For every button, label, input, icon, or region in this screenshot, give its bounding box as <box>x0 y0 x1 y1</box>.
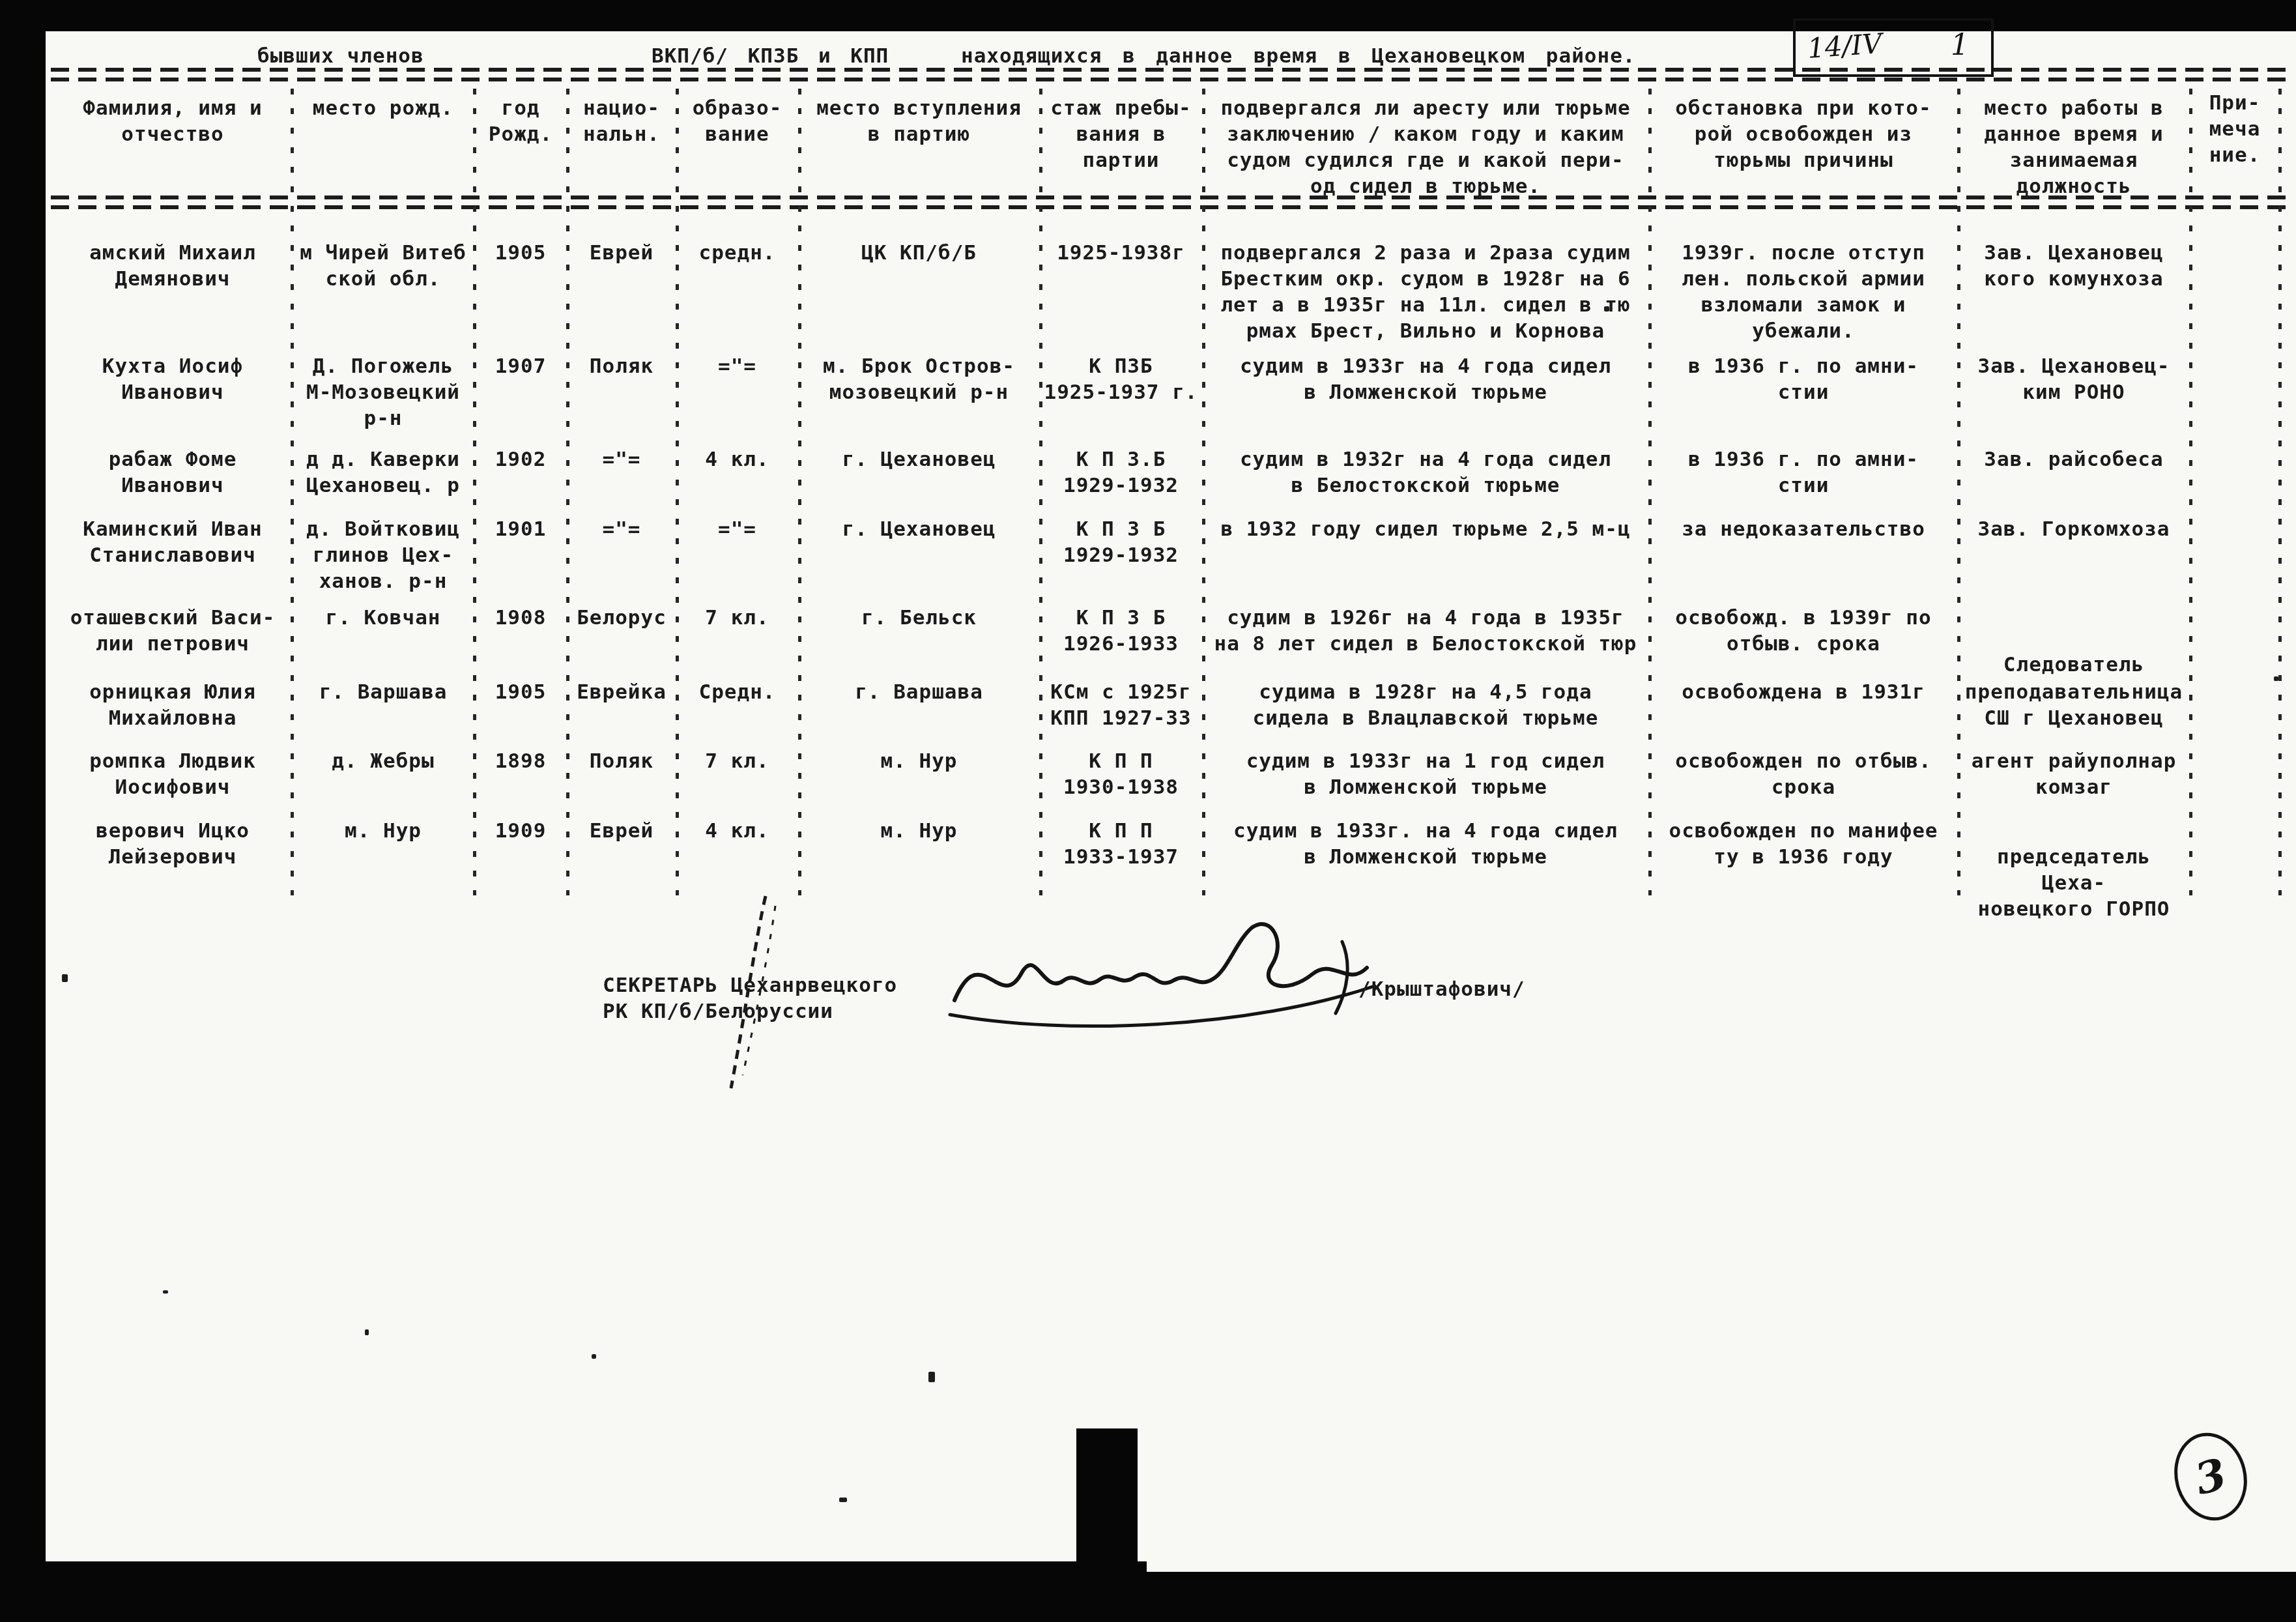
table-cell: 1909 <box>474 818 567 844</box>
table-cell: ="= <box>678 353 797 379</box>
column-divider <box>291 89 294 895</box>
rule-under-header <box>51 196 2292 212</box>
noise-speck <box>163 1290 168 1294</box>
table-cell: г. Цехановец <box>800 516 1038 542</box>
scan-border-left <box>0 0 46 1622</box>
table-cell: орницкая Юлия Михайловна <box>55 679 290 731</box>
table-cell: 1902 <box>474 446 567 472</box>
table-cell: К П П 1933-1937 <box>1041 818 1201 870</box>
col-header-name: Фамилия, имя и отчество <box>55 95 290 147</box>
scan-border-bottom-thick <box>0 1561 1147 1622</box>
table-cell: Еврей <box>568 818 675 844</box>
table-cell: Кухта Иосиф Иванович <box>55 353 290 405</box>
table-cell: К П П 1930-1938 <box>1041 748 1201 800</box>
table-cell: Еврейка <box>568 679 675 705</box>
col-header-education: образо- вание <box>678 95 797 147</box>
pen-stroke <box>704 893 801 1104</box>
col-header-joined-place: место вступления в партию <box>800 95 1038 147</box>
table-cell: ="= <box>568 446 675 472</box>
table-cell: Зав. райсобеса <box>1960 446 2188 472</box>
table-cell: д. Жебры <box>294 748 472 774</box>
noise-speck <box>839 1498 847 1502</box>
table-cell: Средн. <box>678 679 797 705</box>
table-cell: агент райуполнар комзаг <box>1960 748 2188 800</box>
table-cell: Следователь <box>1960 652 2188 678</box>
table-cell: амский Михаил Демянович <box>55 240 290 292</box>
col-header-nationality: нацио- нальн. <box>568 95 675 147</box>
table-cell: судим в 1933г. на 4 года сидел в Ломженс… <box>1204 818 1647 870</box>
table-cell: м. Нур <box>800 818 1038 844</box>
column-divider <box>566 89 569 895</box>
table-cell: м Чирей Витеб ской обл. <box>294 240 472 292</box>
table-cell: Поляк <box>568 353 675 379</box>
table-cell: верович Ицко Лейзерович <box>55 818 290 870</box>
table-cell: 1908 <box>474 605 567 631</box>
col-header-party-tenure: стаж пребы- вания в партии <box>1041 95 1201 173</box>
col-header-arrest: подвергался ли аресту или тюрьме заключе… <box>1204 95 1647 199</box>
table-cell: в 1936 г. по амни- стии <box>1651 353 1956 405</box>
table-cell: г. Ковчан <box>294 605 472 631</box>
table-cell: судим в 1933г на 1 год сидел в Ломженско… <box>1204 748 1647 800</box>
table-cell: председатель Цеха- новецкого ГОРПО <box>1960 844 2188 922</box>
table-cell: рабаж Фоме Иванович <box>55 446 290 499</box>
col-header-birthplace: место рожд. <box>294 95 472 121</box>
table-cell: Каминский Иван Станиславович <box>55 516 290 568</box>
table-cell: К П З.Б 1929-1932 <box>1041 446 1201 499</box>
table-cell: К П З Б 1926-1933 <box>1041 605 1201 657</box>
table-cell: подвергался 2 раза и 2раза судим Брестки… <box>1204 240 1647 344</box>
col-header-work: место работы в данное время и занимаемая… <box>1960 95 2188 199</box>
table-cell: 4 кл. <box>678 446 797 472</box>
table-cell: 7 кл. <box>678 605 797 631</box>
table-cell: ЦК КП/б/Б <box>800 240 1038 266</box>
table-cell: 1898 <box>474 748 567 774</box>
table-cell: К ПЗБ 1925-1937 г. <box>1041 353 1201 405</box>
column-divider <box>676 89 679 895</box>
table-cell: ="= <box>568 516 675 542</box>
table-cell: освобожден по манифее ту в 1936 году <box>1651 818 1956 870</box>
table-cell: Белорус <box>568 605 675 631</box>
stamp-date: 14/IV <box>1806 27 1883 65</box>
table-cell: 1901 <box>474 516 567 542</box>
table-cell: ромпка Людвик Иосифович <box>55 748 290 800</box>
table-cell: освобожд. в 1939г по отбыв. срока <box>1651 605 1956 657</box>
table-cell: судим в 1926г на 4 года в 1935г на 8 лет… <box>1204 605 1647 657</box>
table-cell: Поляк <box>568 748 675 774</box>
column-divider <box>798 89 801 895</box>
table-cell: К П З Б 1929-1932 <box>1041 516 1201 568</box>
table-cell: за недоказательство <box>1651 516 1956 542</box>
noise-speck <box>62 974 68 982</box>
signature-scrawl <box>945 903 1388 1049</box>
title-middle: ВКП/б/ КПЗБ и КПП <box>652 43 889 69</box>
table-cell: д д. Каверки Цехановец. р <box>294 446 472 499</box>
ink-blot-mark <box>1076 1428 1138 1622</box>
table-cell: м. Нур <box>294 818 472 844</box>
rule-under-title <box>51 68 2292 85</box>
title-left: бывших членов <box>257 43 424 69</box>
table-cell: г. Бельск <box>800 605 1038 631</box>
table-cell: 1939г. после отступ лен. польской армии … <box>1651 240 1956 344</box>
column-divider <box>2189 89 2192 895</box>
col-header-release: обстановка при кото- рой освобожден из т… <box>1651 95 1956 173</box>
table-cell: Зав. Цехановец кого комунхоза <box>1960 240 2188 292</box>
column-divider <box>2278 89 2282 895</box>
table-cell: м. Брок Остров- мозовецкий р-н <box>800 353 1038 405</box>
table-cell: освобождена в 1931г <box>1651 679 1956 705</box>
table-cell: м. Нур <box>800 748 1038 774</box>
table-cell: Зав. Цехановец- ким РОНО <box>1960 353 2188 405</box>
table-cell: 1905 <box>474 240 567 266</box>
table-cell: судим в 1933г на 4 года сидел в Ломженск… <box>1204 353 1647 405</box>
table-cell: судима в 1928г на 4,5 года сидела в Влац… <box>1204 679 1647 731</box>
table-cell: 1907 <box>474 353 567 379</box>
table-cell: в 1932 году сидел тюрьме 2,5 м-ц <box>1204 516 1647 542</box>
table-cell: Д. Погожель М-Мозовецкий р-н <box>294 353 472 431</box>
noise-speck <box>365 1329 369 1335</box>
table-cell: в 1936 г. по амни- стии <box>1651 446 1956 499</box>
table-cell: оташевский Васи- лии петрович <box>55 605 290 657</box>
table-cell: Зав. Горкомхоза <box>1960 516 2188 542</box>
table-cell: г. Варшава <box>800 679 1038 705</box>
signature-transcript: /Крыштафович/ <box>1358 976 1525 1002</box>
noise-speck <box>1604 306 1609 311</box>
table-cell: освобожден по отбыв. срока <box>1651 748 1956 800</box>
scanned-document: бывших членов ВКП/б/ КПЗБ и КПП находящи… <box>0 0 2296 1622</box>
table-cell: судим в 1932г на 4 года сидел в Белосток… <box>1204 446 1647 499</box>
table-cell: д. Войтковиц глинов Цех- ханов. р-н <box>294 516 472 594</box>
table-cell: преподавательница СШ г Цехановец <box>1960 679 2188 731</box>
table-cell: г. Варшава <box>294 679 472 705</box>
table-cell: 7 кл. <box>678 748 797 774</box>
table-cell: 1925-1938г <box>1041 240 1201 266</box>
table-cell: ="= <box>678 516 797 542</box>
noise-speck <box>2274 676 2278 681</box>
col-header-birthyear: год Рожд. <box>474 95 567 147</box>
table-cell: 4 кл. <box>678 818 797 844</box>
col-header-note: При- меча ние. <box>2191 90 2278 168</box>
title-right: находящихся в данное время в Цехановецко… <box>961 43 1636 69</box>
stamp-number: 1 <box>1951 29 1969 62</box>
table-cell: Еврей <box>568 240 675 266</box>
table-cell: г. Цехановец <box>800 446 1038 472</box>
noise-speck <box>592 1354 596 1359</box>
noise-speck <box>928 1372 935 1382</box>
table-cell: КСм с 1925г КПП 1927-33 <box>1041 679 1201 731</box>
table-cell: 1905 <box>474 679 567 705</box>
column-divider <box>473 89 476 895</box>
table-cell: средн. <box>678 240 797 266</box>
page-number: 3 <box>2190 1449 2231 1505</box>
